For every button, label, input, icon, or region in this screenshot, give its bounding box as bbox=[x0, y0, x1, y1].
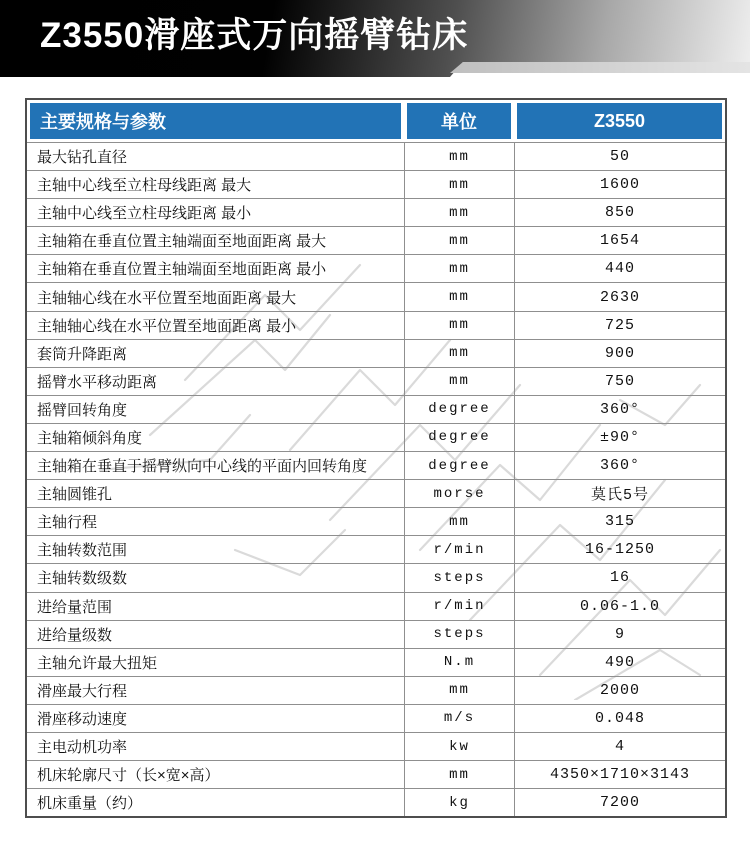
spec-name-cell: 机床重量（约） bbox=[27, 789, 404, 816]
spec-name-cell: 机床轮廓尺寸（长×宽×高） bbox=[27, 761, 404, 788]
spec-name-cell: 滑座最大行程 bbox=[27, 677, 404, 704]
spec-name-cell: 主轴中心线至立柱母线距离 最小 bbox=[27, 199, 404, 226]
table-row: 主轴圆锥孔 morse 莫氏5号 bbox=[27, 479, 725, 507]
spec-value-cell: 360° bbox=[514, 396, 725, 423]
spec-value-cell: 7200 bbox=[514, 789, 725, 816]
table-row: 主轴中心线至立柱母线距离 最大 mm 1600 bbox=[27, 170, 725, 198]
spec-name-cell: 主轴转数范围 bbox=[27, 536, 404, 563]
banner-swoosh-stripe bbox=[450, 62, 750, 73]
spec-unit-cell: m/s bbox=[404, 705, 514, 732]
table-row: 机床重量（约） kg 7200 bbox=[27, 788, 725, 816]
spec-unit-cell: mm bbox=[404, 340, 514, 367]
spec-name-cell: 主轴箱在垂直位置主轴端面至地面距离 最大 bbox=[27, 227, 404, 254]
spec-value-cell: 750 bbox=[514, 368, 725, 395]
spec-unit-cell: mm bbox=[404, 255, 514, 282]
table-row: 主轴箱在垂直位置主轴端面至地面距离 最小 mm 440 bbox=[27, 254, 725, 282]
spec-name-cell: 套筒升降距离 bbox=[27, 340, 404, 367]
spec-unit-cell: mm bbox=[404, 761, 514, 788]
spec-value-cell: 315 bbox=[514, 508, 725, 535]
spec-unit-cell: mm bbox=[404, 368, 514, 395]
spec-value-cell: 360° bbox=[514, 452, 725, 479]
spec-name-cell: 主轴中心线至立柱母线距离 最大 bbox=[27, 171, 404, 198]
table-row: 滑座移动速度 m/s 0.048 bbox=[27, 704, 725, 732]
spec-name-cell: 主轴行程 bbox=[27, 508, 404, 535]
spec-value-cell: 50 bbox=[514, 143, 725, 170]
spec-value-cell: 0.048 bbox=[514, 705, 725, 732]
spec-unit-cell: mm bbox=[404, 312, 514, 339]
spec-table: 主要规格与参数 单位 Z3550 最大钻孔直径 mm 50 主轴中心线至立柱母线… bbox=[25, 98, 727, 818]
table-row: 主轴转数级数 steps 16 bbox=[27, 563, 725, 591]
spec-value-cell: 16-1250 bbox=[514, 536, 725, 563]
spec-value-cell: 2630 bbox=[514, 283, 725, 310]
table-row: 主轴行程 mm 315 bbox=[27, 507, 725, 535]
spec-unit-cell: mm bbox=[404, 171, 514, 198]
spec-name-cell: 主轴轴心线在水平位置至地面距离 最小 bbox=[27, 312, 404, 339]
product-banner: Z3550滑座式万向摇臂钻床 bbox=[0, 0, 750, 78]
spec-name-cell: 主轴转数级数 bbox=[27, 564, 404, 591]
table-row: 机床轮廓尺寸（长×宽×高） mm 4350×1710×3143 bbox=[27, 760, 725, 788]
spec-name-cell: 主轴允许最大扭矩 bbox=[27, 649, 404, 676]
table-row: 主轴轴心线在水平位置至地面距离 最小 mm 725 bbox=[27, 311, 725, 339]
spec-value-cell: 16 bbox=[514, 564, 725, 591]
table-row: 主轴允许最大扭矩 N.m 490 bbox=[27, 648, 725, 676]
spec-value-cell: 4350×1710×3143 bbox=[514, 761, 725, 788]
table-row: 摇臂回转角度 degree 360° bbox=[27, 395, 725, 423]
spec-unit-cell: steps bbox=[404, 564, 514, 591]
spec-value-cell: 850 bbox=[514, 199, 725, 226]
spec-name-cell: 主轴箱倾斜角度 bbox=[27, 424, 404, 451]
spec-name-cell: 进给量范围 bbox=[27, 593, 404, 620]
spec-unit-cell: mm bbox=[404, 283, 514, 310]
spec-value-cell: 2000 bbox=[514, 677, 725, 704]
spec-value-cell: 1600 bbox=[514, 171, 725, 198]
spec-unit-cell: morse bbox=[404, 480, 514, 507]
spec-unit-cell: kg bbox=[404, 789, 514, 816]
table-body: 最大钻孔直径 mm 50 主轴中心线至立柱母线距离 最大 mm 1600 主轴中… bbox=[27, 142, 725, 816]
product-title: Z3550滑座式万向摇臂钻床 bbox=[40, 8, 468, 58]
table-row: 滑座最大行程 mm 2000 bbox=[27, 676, 725, 704]
table-header-row: 主要规格与参数 单位 Z3550 bbox=[27, 103, 725, 139]
spec-unit-cell: mm bbox=[404, 143, 514, 170]
spec-unit-cell: mm bbox=[404, 199, 514, 226]
table-row: 主轴箱在垂直位置主轴端面至地面距离 最大 mm 1654 bbox=[27, 226, 725, 254]
header-unit: 单位 bbox=[407, 103, 511, 139]
table-row: 主电动机功率 kw 4 bbox=[27, 732, 725, 760]
spec-name-cell: 最大钻孔直径 bbox=[27, 143, 404, 170]
spec-value-cell: 900 bbox=[514, 340, 725, 367]
spec-unit-cell: kw bbox=[404, 733, 514, 760]
table-row: 摇臂水平移动距离 mm 750 bbox=[27, 367, 725, 395]
spec-value-cell: 490 bbox=[514, 649, 725, 676]
spec-name-cell: 主轴箱在垂直位置主轴端面至地面距离 最小 bbox=[27, 255, 404, 282]
spec-name-cell: 主电动机功率 bbox=[27, 733, 404, 760]
spec-unit-cell: degree bbox=[404, 396, 514, 423]
spec-name-cell: 主轴圆锥孔 bbox=[27, 480, 404, 507]
spec-value-cell: 9 bbox=[514, 621, 725, 648]
spec-name-cell: 主轴轴心线在水平位置至地面距离 最大 bbox=[27, 283, 404, 310]
spec-unit-cell: mm bbox=[404, 677, 514, 704]
spec-value-cell: 4 bbox=[514, 733, 725, 760]
spec-name-cell: 摇臂回转角度 bbox=[27, 396, 404, 423]
spec-value-cell: 0.06-1.0 bbox=[514, 593, 725, 620]
spec-unit-cell: r/min bbox=[404, 593, 514, 620]
table-row: 主轴箱在垂直于摇臂纵向中心线的平面内回转角度 degree 360° bbox=[27, 451, 725, 479]
spec-unit-cell: r/min bbox=[404, 536, 514, 563]
table-row: 主轴箱倾斜角度 degree ±90° bbox=[27, 423, 725, 451]
spec-value-cell: ±90° bbox=[514, 424, 725, 451]
table-row: 主轴轴心线在水平位置至地面距离 最大 mm 2630 bbox=[27, 282, 725, 310]
spec-value-cell: 725 bbox=[514, 312, 725, 339]
spec-unit-cell: mm bbox=[404, 227, 514, 254]
header-model: Z3550 bbox=[517, 103, 722, 139]
table-row: 进给量范围 r/min 0.06-1.0 bbox=[27, 592, 725, 620]
table-row: 进给量级数 steps 9 bbox=[27, 620, 725, 648]
table-row: 最大钻孔直径 mm 50 bbox=[27, 142, 725, 170]
spec-name-cell: 进给量级数 bbox=[27, 621, 404, 648]
spec-name-cell: 滑座移动速度 bbox=[27, 705, 404, 732]
spec-unit-cell: mm bbox=[404, 508, 514, 535]
spec-name-cell: 摇臂水平移动距离 bbox=[27, 368, 404, 395]
header-spec-name: 主要规格与参数 bbox=[30, 103, 401, 139]
spec-value-cell: 440 bbox=[514, 255, 725, 282]
table-row: 套筒升降距离 mm 900 bbox=[27, 339, 725, 367]
table-row: 主轴转数范围 r/min 16-1250 bbox=[27, 535, 725, 563]
spec-unit-cell: N.m bbox=[404, 649, 514, 676]
spec-name-cell: 主轴箱在垂直于摇臂纵向中心线的平面内回转角度 bbox=[27, 452, 404, 479]
spec-unit-cell: degree bbox=[404, 424, 514, 451]
table-row: 主轴中心线至立柱母线距离 最小 mm 850 bbox=[27, 198, 725, 226]
page: Z3550滑座式万向摇臂钻床 主要规格与参数 单位 Z3550 最大钻孔直径 m… bbox=[0, 0, 750, 863]
spec-unit-cell: degree bbox=[404, 452, 514, 479]
spec-unit-cell: steps bbox=[404, 621, 514, 648]
spec-value-cell: 莫氏5号 bbox=[514, 480, 725, 507]
spec-value-cell: 1654 bbox=[514, 227, 725, 254]
